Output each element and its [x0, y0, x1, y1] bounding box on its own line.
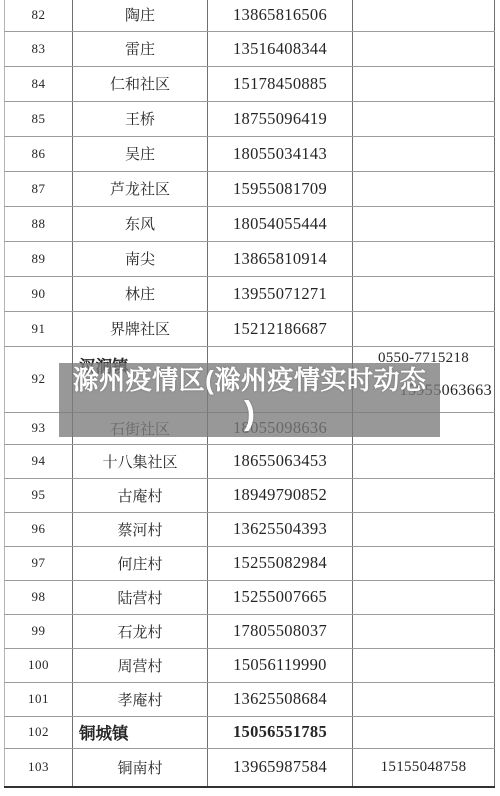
place-name-cell: 南尖: [73, 241, 208, 276]
alt-phone-cell: [353, 648, 495, 682]
alt-phone-cell: [353, 716, 495, 748]
row-number-cell: 86: [5, 136, 73, 171]
row-number-cell: 91: [5, 311, 73, 346]
alt-phone-cell: [353, 136, 495, 171]
place-name-cell: 石龙村: [73, 614, 208, 648]
table-row: 87 芦龙社区 15955081709: [5, 171, 495, 206]
place-name-cell: 周营村: [73, 648, 208, 682]
place-name-cell: 雷庄: [73, 31, 208, 66]
alt-phone-cell: 15155048758: [353, 748, 495, 787]
row-number-cell: 98: [5, 580, 73, 614]
watermark-title-line2: ): [244, 394, 255, 432]
row-number-cell: 82: [5, 0, 73, 31]
place-name-cell: 芦龙社区: [73, 171, 208, 206]
alt-phone-cell: [353, 241, 495, 276]
table-row: 94 十八集社区 18655063453: [5, 444, 495, 478]
table-row: 88 东风 18054055444: [5, 206, 495, 241]
place-name-cell: 铜城镇: [73, 716, 208, 748]
document-page: 82 陶庄 13865816506 83 雷庄 13516408344 84 仁…: [0, 0, 500, 796]
table-row: 99 石龙村 17805508037: [5, 614, 495, 648]
table-row: 91 界牌社区 15212186687: [5, 311, 495, 346]
row-number-cell: 88: [5, 206, 73, 241]
alt-phone-cell: [353, 682, 495, 716]
table-row: 85 王桥 18755096419: [5, 101, 495, 136]
phone-cell: 13865810914: [208, 241, 353, 276]
phone-cell: 18655063453: [208, 444, 353, 478]
alt-phone-cell: [353, 512, 495, 546]
table-row: 83 雷庄 13516408344: [5, 31, 495, 66]
table-row: 102 铜城镇 15056551785: [5, 716, 495, 748]
phone-cell: 18755096419: [208, 101, 353, 136]
place-name-cell: 铜南村: [73, 748, 208, 787]
alt-phone-cell: [353, 580, 495, 614]
phone-cell: 17805508037: [208, 614, 353, 648]
phone-cell: 15255082984: [208, 546, 353, 580]
place-name-cell: 仁和社区: [73, 66, 208, 101]
place-name-cell: 吴庄: [73, 136, 208, 171]
row-number-cell: 100: [5, 648, 73, 682]
place-name-cell: 陆营村: [73, 580, 208, 614]
row-number-cell: 84: [5, 66, 73, 101]
alt-phone-cell: [353, 444, 495, 478]
phone-cell: 18055034143: [208, 136, 353, 171]
place-name-cell: 古庵村: [73, 478, 208, 512]
place-name-cell: 界牌社区: [73, 311, 208, 346]
phone-cell: 15255007665: [208, 580, 353, 614]
row-number-cell: 87: [5, 171, 73, 206]
phone-cell: 13865816506: [208, 0, 353, 31]
place-name-cell: 东风: [73, 206, 208, 241]
row-number-cell: 89: [5, 241, 73, 276]
row-number-cell: 99: [5, 614, 73, 648]
row-number-cell: 85: [5, 101, 73, 136]
watermark-overlay: 滁州疫情区(滁州疫情实时动态 ): [59, 363, 440, 437]
phone-cell: 15056119990: [208, 648, 353, 682]
phone-cell: 15178450885: [208, 66, 353, 101]
alt-phone-cell: [353, 66, 495, 101]
place-name-cell: 陶庄: [73, 0, 208, 31]
alt-phone-cell: [353, 0, 495, 31]
phone-cell: 13516408344: [208, 31, 353, 66]
table-row: 97 何庄村 15255082984: [5, 546, 495, 580]
phone-cell: 13625504393: [208, 512, 353, 546]
table-row: 98 陆营村 15255007665: [5, 580, 495, 614]
alt-phone-cell: [353, 31, 495, 66]
place-name-cell: 十八集社区: [73, 444, 208, 478]
table-row: 90 林庄 13955071271: [5, 276, 495, 311]
row-number-cell: 103: [5, 748, 73, 787]
watermark-title-line1: 滁州疫情区(滁州疫情实时动态: [73, 366, 427, 395]
table-row: 96 蔡河村 13625504393: [5, 512, 495, 546]
phone-cell: 13955071271: [208, 276, 353, 311]
row-number-cell: 102: [5, 716, 73, 748]
table-row: 89 南尖 13865810914: [5, 241, 495, 276]
place-name-cell: 林庄: [73, 276, 208, 311]
alt-phone-cell: [353, 478, 495, 512]
alt-phone-cell: [353, 614, 495, 648]
place-name-cell: 何庄村: [73, 546, 208, 580]
place-name-cell: 王桥: [73, 101, 208, 136]
table-row: 101 孝庵村 13625508684: [5, 682, 495, 716]
row-number-cell: 97: [5, 546, 73, 580]
table-row: 103 铜南村 13965987584 15155048758: [5, 748, 495, 787]
place-name-cell: 孝庵村: [73, 682, 208, 716]
place-name-cell: 蔡河村: [73, 512, 208, 546]
phone-cell: 18054055444: [208, 206, 353, 241]
row-number-cell: 96: [5, 512, 73, 546]
table-row: 100 周营村 15056119990: [5, 648, 495, 682]
table-row: 95 古庵村 18949790852: [5, 478, 495, 512]
phone-cell: 13965987584: [208, 748, 353, 787]
row-number-cell: 83: [5, 31, 73, 66]
row-number-cell: 95: [5, 478, 73, 512]
phone-cell: 18949790852: [208, 478, 353, 512]
row-number-cell: 90: [5, 276, 73, 311]
table-row: 86 吴庄 18055034143: [5, 136, 495, 171]
alt-phone-cell: [353, 101, 495, 136]
alt-phone-cell: [353, 276, 495, 311]
alt-phone-cell: [353, 311, 495, 346]
phone-cell: 15212186687: [208, 311, 353, 346]
table-row: 82 陶庄 13865816506: [5, 0, 495, 31]
phone-cell: 13625508684: [208, 682, 353, 716]
row-number-cell: 101: [5, 682, 73, 716]
row-number-cell: 94: [5, 444, 73, 478]
alt-phone-cell: [353, 206, 495, 241]
alt-phone-cell: [353, 171, 495, 206]
alt-phone-cell: [353, 546, 495, 580]
phone-cell: 15955081709: [208, 171, 353, 206]
phone-cell: 15056551785: [208, 716, 353, 748]
table-row: 84 仁和社区 15178450885: [5, 66, 495, 101]
